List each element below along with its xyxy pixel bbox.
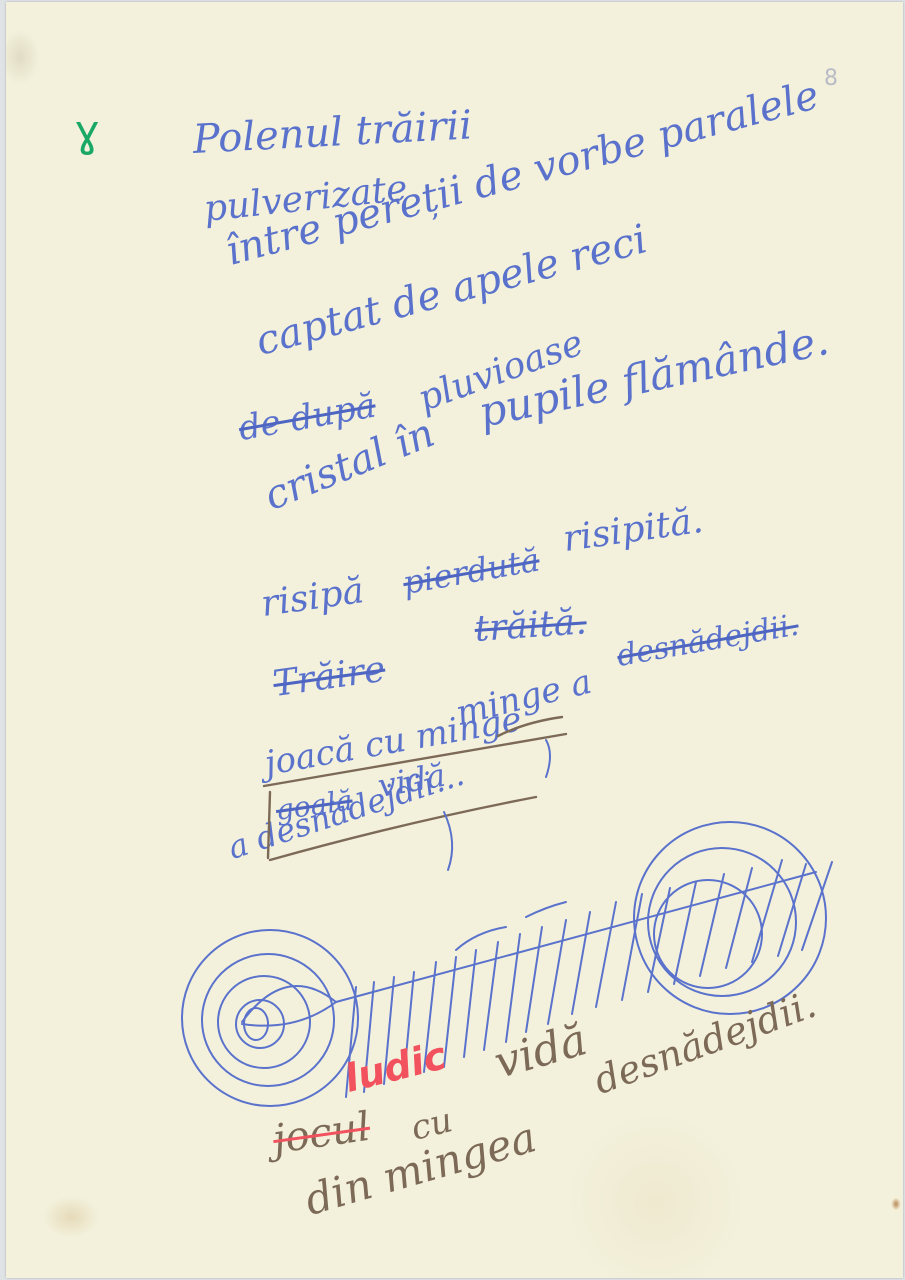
manuscript-page: 8 ɣ Polenul trăirii pulverizate între pe…	[6, 2, 903, 1278]
ink-sketch-drawing	[6, 2, 903, 1278]
